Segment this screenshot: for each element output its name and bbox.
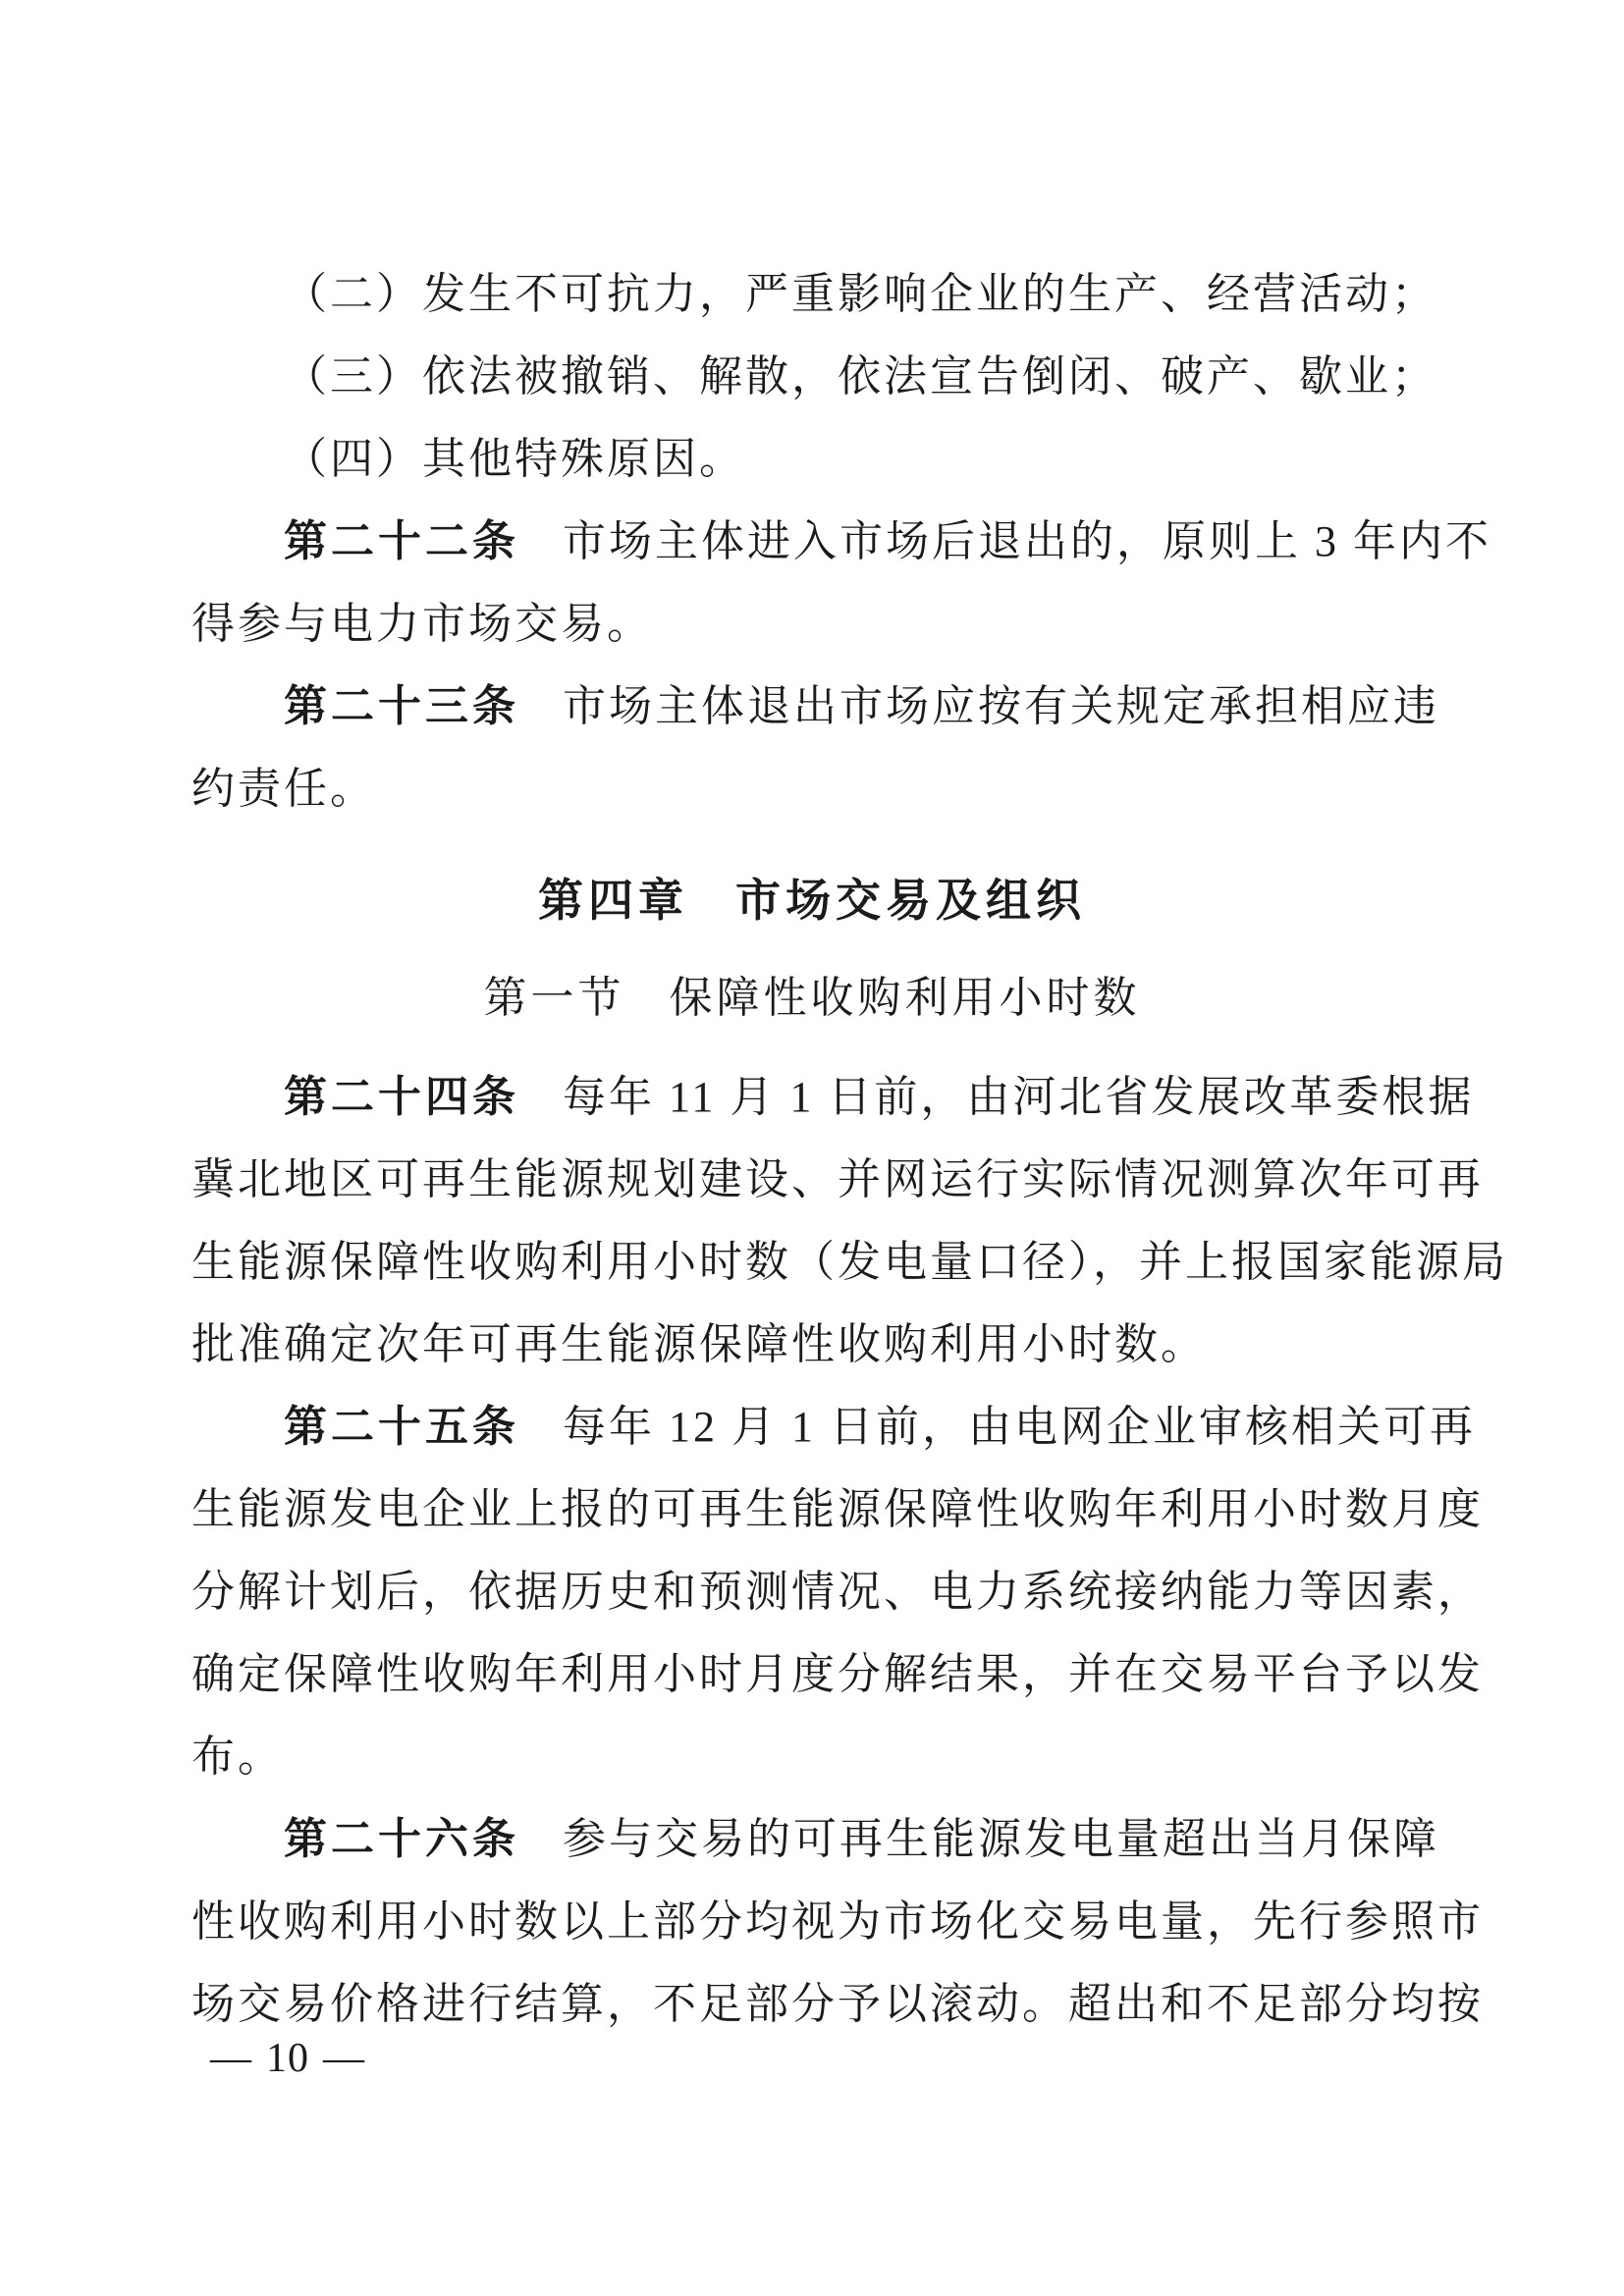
- page-number: 10: [266, 2036, 309, 2081]
- footer-dash-right: —: [323, 2036, 365, 2081]
- body-text: 确定保障性收购年利用小时月度分解结果，并在交易平台予以发: [191, 1650, 1484, 1698]
- article-25-number: 第二十五条: [284, 1403, 519, 1451]
- body-text: 生能源发电企业上报的可再生能源保障性收购年利用小时数月度: [191, 1485, 1484, 1533]
- article-23-number: 第二十三条: [284, 682, 519, 730]
- body-line: 生能源保障性收购利用小时数（发电量口径），并上报国家能源局: [191, 1221, 1497, 1304]
- body-text: 分解计划后，依据历史和预测情况、电力系统接纳能力等因素，: [191, 1568, 1484, 1616]
- page-number-footer: —10—: [210, 2017, 365, 2100]
- section-title: 保障性收购利用小时数: [670, 974, 1141, 1022]
- body-line: 布。: [191, 1716, 1497, 1798]
- body-line: 得参与电力市场交易。: [191, 583, 1497, 666]
- body-text: 场交易价格进行结算，不足部分予以滚动。超出和不足部分均按: [191, 1980, 1484, 2028]
- article-26-number: 第二十六条: [284, 1815, 519, 1863]
- article-24-line: 第二十四条每年 11 月 1 日前，由河北省发展改革委根据: [191, 1056, 1497, 1139]
- article-23-line: 第二十三条市场主体退出市场应按有关规定承担相应违: [191, 666, 1497, 748]
- article-22-number: 第二十二条: [284, 517, 519, 565]
- clause-line-4: （四）其他特殊原因。: [191, 418, 1497, 501]
- body-text: 得参与电力市场交易。: [191, 600, 653, 648]
- article-text: 市场主体退出市场应按有关规定承担相应违: [563, 682, 1439, 730]
- chapter-heading: 第四章市场交易及组织: [0, 859, 1624, 941]
- chapter-title: 市场交易及组织: [735, 875, 1086, 926]
- article-25-line: 第二十五条每年 12 月 1 日前，由电网企业审核相关可再: [191, 1386, 1497, 1468]
- clause-line-2: （二）发生不可抗力，严重影响企业的生产、经营活动；: [191, 253, 1497, 336]
- clause-line-3: （三）依法被撤销、解散，依法宣告倒闭、破产、歇业；: [191, 336, 1497, 418]
- article-text: 市场主体进入市场后退出的，原则上 3 年内不: [563, 517, 1491, 565]
- body-line: 场交易价格进行结算，不足部分予以滚动。超出和不足部分均按: [191, 1963, 1497, 2046]
- section-heading: 第一节保障性收购利用小时数: [0, 957, 1624, 1040]
- article-26-line: 第二十六条参与交易的可再生能源发电量超出当月保障: [191, 1798, 1497, 1881]
- body-text: 性收购利用小时数以上部分均视为市场化交易电量，先行参照市: [191, 1897, 1484, 1946]
- body-line: 冀北地区可再生能源规划建设、并网运行实际情况测算次年可再: [191, 1139, 1497, 1221]
- article-text: 每年 11 月 1 日前，由河北省发展改革委根据: [563, 1073, 1474, 1121]
- body-line: 性收购利用小时数以上部分均视为市场化交易电量，先行参照市: [191, 1881, 1497, 1963]
- body-line: 约责任。: [191, 748, 1497, 830]
- body-text: 布。: [191, 1733, 284, 1781]
- chapter-number: 第四章: [538, 875, 688, 926]
- body-line: 确定保障性收购年利用小时月度分解结果，并在交易平台予以发: [191, 1633, 1497, 1716]
- clause-text: （四）其他特殊原因。: [284, 435, 745, 483]
- article-24-number: 第二十四条: [284, 1073, 519, 1121]
- body-text: 批准确定次年可再生能源保障性收购利用小时数。: [191, 1320, 1207, 1368]
- article-22-line: 第二十二条市场主体进入市场后退出的，原则上 3 年内不: [191, 501, 1497, 583]
- article-text: 每年 12 月 1 日前，由电网企业审核相关可再: [563, 1403, 1476, 1451]
- body-line: 分解计划后，依据历史和预测情况、电力系统接纳能力等因素，: [191, 1551, 1497, 1633]
- body-text: 冀北地区可再生能源规划建设、并网运行实际情况测算次年可再: [191, 1155, 1484, 1203]
- body-line: 生能源发电企业上报的可再生能源保障性收购年利用小时数月度: [191, 1468, 1497, 1551]
- clause-text: （二）发生不可抗力，严重影响企业的生产、经营活动；: [284, 270, 1437, 318]
- section-number: 第一节: [484, 974, 625, 1022]
- clause-text: （三）依法被撤销、解散，依法宣告倒闭、破产、歇业；: [284, 352, 1437, 400]
- document-page: （二）发生不可抗力，严重影响企业的生产、经营活动； （三）依法被撤销、解散，依法…: [0, 0, 1624, 2296]
- footer-dash-left: —: [210, 2036, 252, 2081]
- body-text: 生能源保障性收购利用小时数（发电量口径），并上报国家能源局: [191, 1238, 1508, 1286]
- body-text: 约责任。: [191, 765, 376, 813]
- body-line: 批准确定次年可再生能源保障性收购利用小时数。: [191, 1304, 1497, 1386]
- article-text: 参与交易的可再生能源发电量超出当月保障: [563, 1815, 1439, 1863]
